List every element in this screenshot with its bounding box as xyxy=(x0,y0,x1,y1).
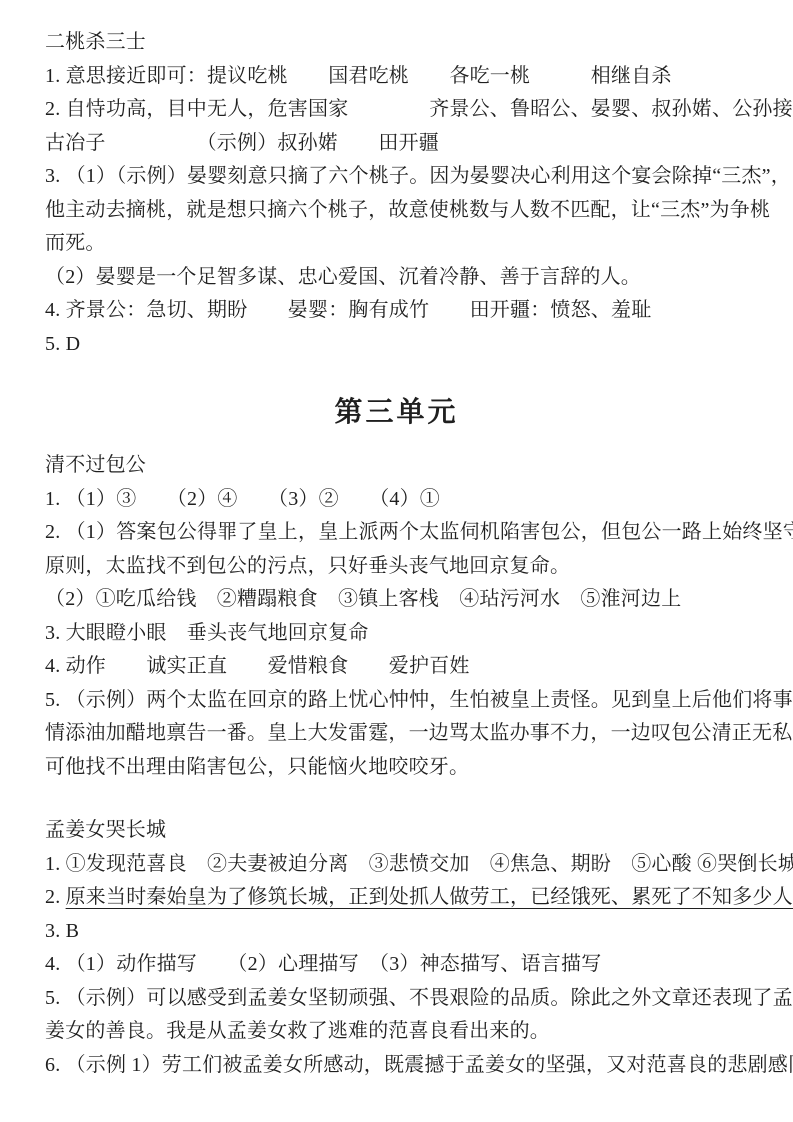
answer-line: 1. ①发现范喜良 ②夫妻被迫分离 ③悲愤交加 ④焦急、期盼 ⑤心酸 ⑥哭倒长城 xyxy=(45,848,748,882)
answer-line: 5. （示例）两个太监在回京的路上忧心忡忡，生怕被皇上责怪。见到皇上后他们将事 xyxy=(45,684,748,718)
answer-line: 4. 动作 诚实正直 爱惜粮食 爱护百姓 xyxy=(45,650,748,684)
answer-line: 可他找不出理由陷害包公，只能恼火地咬咬牙。 xyxy=(45,751,748,785)
answer-line: 6. （示例 1）劳工们被孟姜女所感动，既震撼于孟姜女的坚强，又对范喜良的悲剧感… xyxy=(45,1049,748,1083)
answer-line: 4. （1）动作描写 （2）心理描写 （3）神态描写、语言描写 xyxy=(45,948,748,982)
answer-number: 2. xyxy=(45,886,66,908)
answer-line: （2）①吃瓜给钱 ②糟蹋粮食 ③镇上客栈 ④玷污河水 ⑤淮河边上 xyxy=(45,583,748,617)
answer-line-underlined: 2. 原来当时秦始皇为了修筑长城，正到处抓人做劳工，已经饿死、累死了不知多少人！ xyxy=(45,881,748,915)
answer-line: 5. （示例）可以感受到孟姜女坚韧顽强、不畏艰险的品质。除此之外文章还表现了孟 xyxy=(45,982,748,1016)
answer-line: 情添油加醋地禀告一番。皇上大发雷霆，一边骂太监办事不力，一边叹包公清正无私， xyxy=(45,717,748,751)
section-gap xyxy=(45,784,748,814)
underlined-answer: 原来当时秦始皇为了修筑长城，正到处抓人做劳工，已经饿死、累死了不知多少人！ xyxy=(66,886,793,908)
answer-line: （2）晏婴是一个足智多谋、忠心爱国、沉着冷静、善于言辞的人。 xyxy=(45,261,748,295)
answer-line: 古冶子 （示例）叔孙婼 田开疆 xyxy=(45,127,748,161)
answer-key-page: 二桃杀三士 1. 意思接近即可：提议吃桃 国君吃桃 各吃一桃 相继自杀 2. 自… xyxy=(0,0,793,1122)
answer-line: 1. 意思接近即可：提议吃桃 国君吃桃 各吃一桃 相继自杀 xyxy=(45,60,748,94)
answer-line: 1. （1）③ （2）④ （3）② （4）① xyxy=(45,483,748,517)
answer-line: 2. 自恃功高，目中无人，危害国家 齐景公、鲁昭公、晏婴、叔孙婼、公孙接、 xyxy=(45,93,748,127)
answer-line: 而死。 xyxy=(45,227,748,261)
answer-line: 姜女的善良。我是从孟姜女救了逃难的范喜良看出来的。 xyxy=(45,1015,748,1049)
unit-heading: 第三单元 xyxy=(45,389,748,437)
answer-line: 3. B xyxy=(45,915,748,949)
answer-line: 2. （1）答案包公得罪了皇上，皇上派两个太监伺机陷害包公，但包公一路上始终坚守 xyxy=(45,516,748,550)
passage-title-bao-gong: 清不过包公 xyxy=(45,449,748,483)
passage-title-meng-jiangnv: 孟姜女哭长城 xyxy=(45,814,748,848)
answer-line: 原则，太监找不到包公的污点，只好垂头丧气地回京复命。 xyxy=(45,550,748,584)
answer-line: 4. 齐景公：急切、期盼 晏婴：胸有成竹 田开疆：愤怒、羞耻 xyxy=(45,294,748,328)
answer-line: 3. （1）（示例）晏婴刻意只摘了六个桃子。因为晏婴决心利用这个宴会除掉“三杰”… xyxy=(45,160,748,194)
answer-line: 3. 大眼瞪小眼 垂头丧气地回京复命 xyxy=(45,617,748,651)
passage-title-two-peaches: 二桃杀三士 xyxy=(45,26,748,60)
answer-line: 5. D xyxy=(45,328,748,362)
answer-line: 他主动去摘桃，就是想只摘六个桃子，故意使桃数与人数不匹配，让“三杰”为争桃 xyxy=(45,194,748,228)
